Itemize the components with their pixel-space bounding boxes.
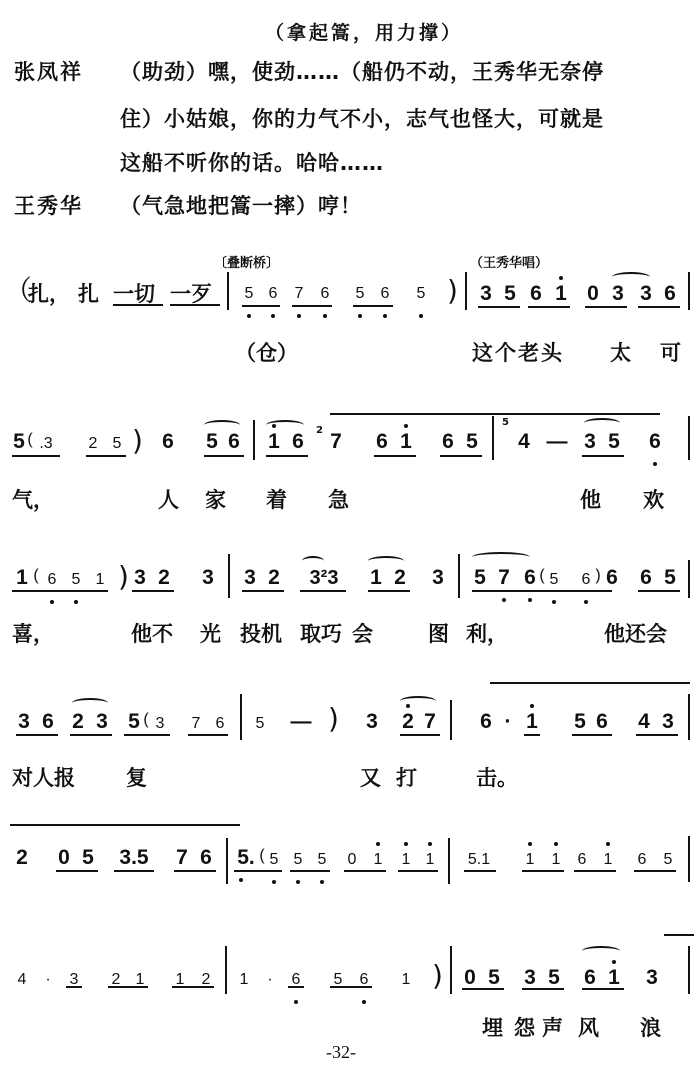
note: 2	[14, 846, 30, 870]
dialogue-line: 住）小姑娘，你的力气不小，志气也怪大，可就是	[120, 103, 604, 133]
note: 6	[46, 568, 58, 592]
note: 6	[290, 430, 306, 454]
note: 5	[546, 966, 562, 990]
note: 6	[226, 430, 242, 454]
barline	[688, 272, 690, 310]
note: 4	[16, 968, 28, 992]
underline	[572, 734, 612, 736]
slur	[72, 698, 108, 708]
note: 5	[486, 966, 502, 990]
note: 6	[528, 282, 544, 306]
note: 3²3	[300, 566, 348, 590]
note: 5	[70, 568, 82, 592]
note: 7	[496, 566, 512, 590]
note: 7	[422, 710, 438, 734]
note: 6	[358, 968, 370, 992]
barline	[688, 946, 690, 994]
barline	[688, 560, 690, 598]
paren: (	[26, 428, 34, 452]
note: 3	[242, 566, 258, 590]
note: 6	[576, 848, 588, 872]
barline	[492, 416, 494, 460]
underline	[288, 986, 304, 988]
percussion-syllable: 扎	[78, 278, 99, 308]
note: 3	[132, 566, 148, 590]
lyric: 太	[610, 337, 631, 367]
underline	[440, 455, 482, 457]
barline	[240, 694, 242, 740]
underline	[524, 734, 540, 736]
underline	[634, 870, 676, 872]
barline	[465, 272, 467, 310]
note: 5	[292, 848, 304, 872]
underline	[12, 455, 60, 457]
dash: —	[546, 430, 568, 454]
note: 1	[14, 566, 30, 590]
note: 5.1	[464, 848, 494, 872]
note: 1	[266, 430, 282, 454]
note: 0	[346, 848, 358, 872]
note: 5	[414, 282, 428, 306]
lyric: 光	[200, 618, 221, 648]
paren: (	[538, 564, 546, 588]
slur	[302, 556, 324, 566]
lyric: 气，	[12, 484, 54, 514]
tie	[490, 682, 690, 684]
lyric: （仓）	[235, 337, 298, 367]
barline	[450, 946, 452, 994]
dialogue-line: （助劲）嘿，使劲……（船仍不动，王秀华无奈停	[120, 56, 604, 86]
barline	[226, 838, 228, 884]
underline	[574, 870, 616, 872]
underline	[582, 988, 624, 990]
note: .3	[36, 432, 56, 456]
note: 3	[478, 282, 494, 306]
underline	[290, 870, 330, 872]
underline	[70, 734, 112, 736]
note: 2	[266, 566, 282, 590]
note: 1	[550, 848, 562, 872]
underline	[108, 986, 148, 988]
underline	[522, 988, 564, 990]
underline	[124, 734, 170, 736]
note: 1	[134, 968, 146, 992]
note: 1	[424, 848, 436, 872]
lyric: 他	[580, 484, 601, 514]
underline	[188, 734, 228, 736]
underline	[12, 590, 108, 592]
note: 2	[86, 432, 100, 456]
note: 5	[548, 568, 560, 592]
close-paren: )	[118, 561, 129, 593]
note: 1	[238, 968, 250, 992]
tie	[10, 824, 240, 826]
note: 5	[242, 282, 256, 306]
tie	[330, 413, 660, 415]
lyric: 怨	[514, 1012, 535, 1042]
speaker-zhang-fengxiang: 张凤祥	[14, 56, 83, 86]
underline	[114, 870, 154, 872]
dot: ·	[266, 968, 274, 992]
close-paren: )	[432, 960, 443, 992]
lyric: 着	[266, 484, 287, 514]
note: 5	[268, 848, 280, 872]
note: 1	[368, 566, 384, 590]
note: 5	[316, 848, 328, 872]
underline	[170, 304, 220, 306]
underline	[522, 870, 564, 872]
note: 5	[572, 710, 588, 734]
note: 6	[580, 568, 592, 592]
note: 1	[553, 282, 569, 306]
grace-note: 5	[502, 418, 509, 428]
lyric: 喜，	[12, 618, 54, 648]
underline	[242, 305, 280, 307]
lyric: 可	[660, 337, 681, 367]
underline	[585, 306, 627, 308]
slur	[612, 272, 650, 282]
underline	[478, 306, 520, 308]
note: 7	[174, 846, 190, 870]
underline	[172, 986, 214, 988]
lyric: 取巧	[300, 618, 342, 648]
underline	[266, 455, 308, 457]
dot: ·	[44, 968, 52, 992]
percussion-syllable: 扎，	[28, 278, 70, 308]
underline	[16, 734, 58, 736]
underline	[464, 870, 496, 872]
underline	[528, 306, 570, 308]
note: 5	[464, 430, 480, 454]
underline	[353, 305, 393, 307]
underline	[113, 304, 163, 306]
note: 2	[110, 968, 122, 992]
note: 1	[606, 966, 622, 990]
note: 1	[400, 848, 412, 872]
slur	[582, 946, 620, 956]
lyric: 他还会	[604, 618, 667, 648]
close-paren: )	[328, 703, 339, 735]
note: 6	[522, 566, 538, 590]
note: 3	[522, 966, 538, 990]
close-paren: )	[447, 275, 458, 307]
note: 3	[430, 566, 446, 590]
lyric: 击。	[476, 762, 518, 792]
note: 3.5	[114, 846, 154, 870]
note: 5	[204, 430, 220, 454]
barline	[448, 838, 450, 884]
note: 0	[462, 966, 478, 990]
underline	[344, 870, 386, 872]
lyric: 利，	[466, 618, 508, 648]
note: 7	[328, 430, 344, 454]
note: 5	[353, 282, 367, 306]
note: 5	[606, 430, 622, 454]
note: 1	[174, 968, 186, 992]
dialogue-line: （气急地把篙一摔）哼！	[120, 190, 362, 220]
note: 1	[602, 848, 614, 872]
underline	[66, 986, 82, 988]
note: 3	[200, 566, 216, 590]
note: 0	[585, 282, 601, 306]
lyric: 浪	[640, 1012, 661, 1042]
lyric: 家	[205, 484, 226, 514]
barline	[688, 694, 690, 740]
barline	[228, 554, 230, 598]
note: 3	[660, 710, 676, 734]
section-label: 〔叠断桥〕	[214, 252, 279, 271]
note: 2	[392, 566, 408, 590]
note: 4	[636, 710, 652, 734]
note: 1	[398, 430, 414, 454]
singer-label: （王秀华唱）	[470, 252, 548, 271]
note: 6	[478, 710, 494, 734]
underline	[398, 870, 438, 872]
note: 1	[372, 848, 384, 872]
underline	[234, 870, 282, 872]
barline	[253, 420, 255, 460]
note: 2	[156, 566, 172, 590]
note: 5	[662, 566, 678, 590]
lyric: 投机	[240, 618, 282, 648]
slur	[368, 556, 404, 566]
note: 5	[254, 712, 266, 736]
close-paren: )	[132, 425, 143, 457]
note: 6	[594, 710, 610, 734]
note: 3	[364, 710, 380, 734]
lyric: 会	[352, 618, 373, 648]
barline	[688, 836, 690, 882]
underline	[582, 455, 624, 457]
note: 5	[662, 848, 674, 872]
lyric: 对人报	[12, 762, 75, 792]
underline	[132, 590, 174, 592]
note: 5	[126, 710, 142, 734]
tie	[664, 934, 694, 936]
slur	[584, 418, 620, 428]
lyric: 复	[126, 762, 147, 792]
underline	[242, 590, 284, 592]
paren: (	[258, 844, 266, 868]
note: 6	[374, 430, 390, 454]
underline	[330, 986, 372, 988]
barline	[225, 946, 227, 994]
note: 6	[40, 710, 56, 734]
paren: (	[142, 708, 150, 732]
note: 5.	[234, 846, 258, 870]
note: 6	[160, 430, 176, 454]
note: 3	[154, 712, 166, 736]
stage-direction: （拿起篙，用力撑）	[265, 18, 463, 45]
underline	[300, 590, 346, 592]
note: 3	[644, 966, 660, 990]
underline	[638, 590, 680, 592]
lyric: 这个老头	[472, 337, 564, 367]
note: 6	[440, 430, 456, 454]
note: 6	[604, 566, 620, 590]
lyric: 急	[328, 484, 349, 514]
note: 6	[378, 282, 392, 306]
note: 7	[292, 282, 306, 306]
underline	[636, 734, 678, 736]
underline	[204, 455, 244, 457]
note: 4	[516, 430, 532, 454]
note: 1	[524, 848, 536, 872]
note: 6	[638, 566, 654, 590]
note: 5	[472, 566, 488, 590]
lyric: 风	[578, 1012, 599, 1042]
underline	[368, 590, 410, 592]
underline	[56, 870, 98, 872]
note: 3	[610, 282, 626, 306]
underline	[400, 734, 440, 736]
speaker-wang-xiuhua: 王秀华	[14, 190, 83, 220]
lyric: 人	[158, 484, 179, 514]
note: 2	[400, 710, 416, 734]
note: 6	[198, 846, 214, 870]
lyric: 他不	[131, 618, 173, 648]
underline	[292, 305, 332, 307]
page-number: -32-	[326, 1042, 356, 1063]
note: 6	[582, 966, 598, 990]
underline	[462, 988, 504, 990]
grace-note: 2	[316, 426, 323, 436]
paren: (	[32, 564, 40, 588]
underline	[374, 455, 416, 457]
lyric: 声	[542, 1012, 563, 1042]
barline	[458, 554, 460, 598]
note: 5	[80, 846, 96, 870]
note: 6	[290, 968, 302, 992]
dot: ·	[502, 710, 514, 734]
slur	[204, 420, 240, 430]
note: 5	[502, 282, 518, 306]
note: 3	[68, 968, 80, 992]
note: 3	[638, 282, 654, 306]
note: 6	[662, 282, 678, 306]
note: 3	[94, 710, 110, 734]
paren: )	[594, 564, 602, 588]
barline	[450, 700, 452, 740]
underline	[472, 590, 612, 592]
note: 3	[582, 430, 598, 454]
slur	[472, 552, 530, 562]
note: 6	[266, 282, 280, 306]
note: 6	[318, 282, 332, 306]
dialogue-line: 这船不听你的话。哈哈……	[120, 147, 384, 177]
lyric: 图	[428, 618, 449, 648]
barline	[227, 272, 229, 310]
note: 0	[56, 846, 72, 870]
note: 5	[332, 968, 344, 992]
dash: —	[290, 710, 312, 734]
note: 1	[94, 568, 106, 592]
note: 1	[524, 710, 540, 734]
lyric: 欢	[643, 484, 664, 514]
note: 7	[190, 712, 202, 736]
note: 5	[110, 432, 124, 456]
barline	[688, 416, 690, 460]
note: 6	[647, 430, 663, 454]
underline	[638, 306, 680, 308]
lyric: 打	[396, 762, 417, 792]
note: 6	[636, 848, 648, 872]
underline	[86, 455, 126, 457]
lyric: 埋	[482, 1012, 503, 1042]
note: 2	[200, 968, 212, 992]
note: 5	[12, 430, 26, 454]
note: 3	[16, 710, 32, 734]
note: 2	[70, 710, 86, 734]
lyric: 又	[360, 762, 381, 792]
note: 1	[400, 968, 412, 992]
underline	[174, 870, 216, 872]
note: 6	[214, 712, 226, 736]
